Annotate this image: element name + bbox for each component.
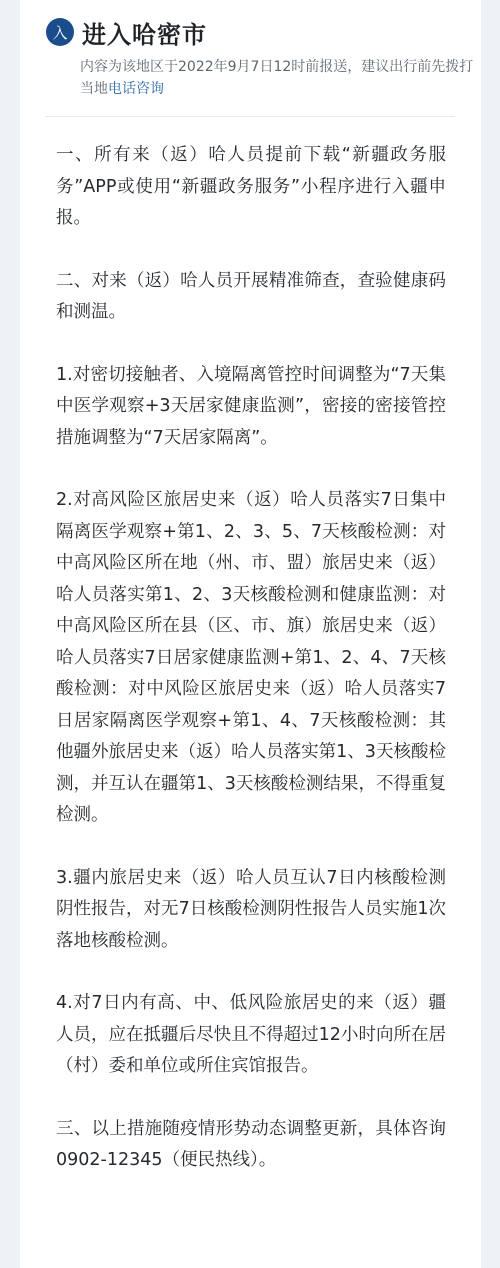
page-title: 进入哈密市 <box>82 15 207 50</box>
info-card: 入 进入哈密市 内容为该地区于2022年9月7日12时前报送，建议出行前先拨打当… <box>20 0 481 1268</box>
paragraph-item-3: 3.疆内旅居史来（返）哈人员互认7日内核酸检测阴性报告，对无7日核酸检测阴性报告… <box>56 863 446 958</box>
paragraph-section-2: 二、对来（返）哈人员开展精准筛查，查验健康码和测温。 <box>56 266 446 329</box>
paragraph-section-3: 三、以上措施随疫情形势动态调整更新，具体咨询0902-12345（便民热线）。 <box>56 1114 446 1177</box>
policy-content: 一、所有来（返）哈人员提前下载“新疆政务服务”APP或使用“新疆政务服务”小程序… <box>56 140 446 1208</box>
header-divider <box>45 116 455 117</box>
enter-badge-icon: 入 <box>46 18 74 46</box>
paragraph-item-4: 4.对7日内有高、中、低风险旅居史的来（返）疆人员，应在抵疆后尽快且不得超过12… <box>56 988 446 1083</box>
paragraph-section-1: 一、所有来（返）哈人员提前下载“新疆政务服务”APP或使用“新疆政务服务”小程序… <box>56 140 446 235</box>
paragraph-item-1: 1.对密切接触者、入境隔离管控时间调整为“7天集中医学观察+3天居家健康监测”，… <box>56 360 446 455</box>
paragraph-item-2: 2.对高风险区旅居史来（返）哈人员落实7日集中隔离医学观察+第1、2、3、5、7… <box>56 485 446 832</box>
card-header: 入 进入哈密市 内容为该地区于2022年9月7日12时前报送，建议出行前先拨打当… <box>45 14 465 100</box>
subtitle: 内容为该地区于2022年9月7日12时前报送，建议出行前先拨打当地电话咨询 <box>80 56 480 100</box>
title-row: 入 进入哈密市 <box>45 14 465 50</box>
phone-consult-link[interactable]: 电话咨询 <box>108 81 164 97</box>
